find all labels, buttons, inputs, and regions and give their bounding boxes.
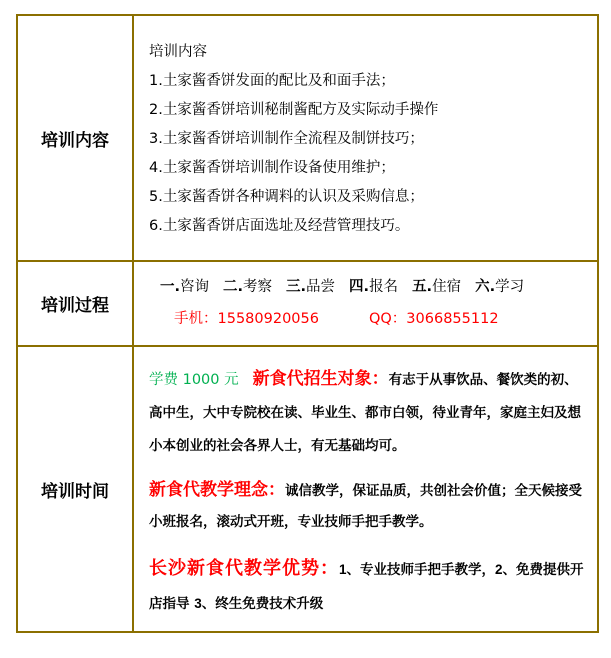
process-step-study: 六.学习 <box>475 275 524 296</box>
list-item: 3.土家酱香饼培训制作全流程及制饼技巧； <box>149 125 597 154</box>
target-heading: 新食代招生对象： <box>253 369 389 389</box>
training-info-table: 培训内容 培训内容 1.土家酱香饼发面的配比及和面手法； 2.土家酱香饼培训秘制… <box>16 14 599 633</box>
training-process-cell: 一.咨询 二.考察 三.品尝 四.报名 五.住宿 六.学习 手机：1558092… <box>133 261 598 346</box>
philosophy-heading: 新食代教学理念： <box>149 480 285 500</box>
list-item: 1.土家酱香饼发面的配比及和面手法； <box>149 67 597 96</box>
tuition-fee: 学费 1000 元 <box>149 372 239 388</box>
process-step-inspect: 二.考察 <box>223 275 272 296</box>
process-steps: 一.咨询 二.考察 三.品尝 四.报名 五.住宿 六.学习 <box>134 275 597 296</box>
training-time-cell: 学费 1000 元新食代招生对象：有志于从事饮品、餐饮类的初、高中生，大中专院校… <box>133 346 598 632</box>
list-item: 6.土家酱香饼店面选址及经营管理技巧。 <box>149 212 597 241</box>
advantage-heading: 长沙新食代教学优势： <box>149 558 339 579</box>
row-training-content: 培训内容 培训内容 1.土家酱香饼发面的配比及和面手法； 2.土家酱香饼培训秘制… <box>17 15 598 261</box>
process-step-consult: 一.咨询 <box>160 275 209 296</box>
content-title: 培训内容 <box>149 38 597 67</box>
advantage-paragraph: 长沙新食代教学优势：1、专业技师手把手教学，2、免费提供开店指导 3、终生免费技… <box>149 552 597 621</box>
phone-number: 手机：15580920056 <box>174 307 319 328</box>
list-item: 4.土家酱香饼培训制作设备使用维护； <box>149 154 597 183</box>
label-training-process: 培训过程 <box>17 261 133 346</box>
row-training-time: 培训时间 学费 1000 元新食代招生对象：有志于从事饮品、餐饮类的初、高中生，… <box>17 346 598 632</box>
enrollment-target-paragraph: 学费 1000 元新食代招生对象：有志于从事饮品、餐饮类的初、高中生，大中专院校… <box>149 363 597 463</box>
process-step-lodging: 五.住宿 <box>412 275 461 296</box>
label-training-time: 培训时间 <box>17 346 133 632</box>
process-step-taste: 三.品尝 <box>286 275 335 296</box>
process-step-register: 四.报名 <box>349 275 398 296</box>
qq-number: QQ：3066855112 <box>369 307 499 328</box>
philosophy-paragraph: 新食代教学理念：诚信教学，保证品质，共创社会价值；全天候接受小班报名，滚动式开班… <box>149 475 597 538</box>
list-item: 2.土家酱香饼培训秘制酱配方及实际动手操作 <box>149 96 597 125</box>
list-item: 5.土家酱香饼各种调料的认识及采购信息； <box>149 183 597 212</box>
contact-line: 手机：15580920056 QQ：3066855112 <box>134 307 597 328</box>
label-training-content: 培训内容 <box>17 15 133 261</box>
row-training-process: 培训过程 一.咨询 二.考察 三.品尝 四.报名 五.住宿 六.学习 手机：15… <box>17 261 598 346</box>
training-content-cell: 培训内容 1.土家酱香饼发面的配比及和面手法； 2.土家酱香饼培训秘制酱配方及实… <box>133 15 598 261</box>
training-content-list: 培训内容 1.土家酱香饼发面的配比及和面手法； 2.土家酱香饼培训秘制酱配方及实… <box>149 16 597 241</box>
